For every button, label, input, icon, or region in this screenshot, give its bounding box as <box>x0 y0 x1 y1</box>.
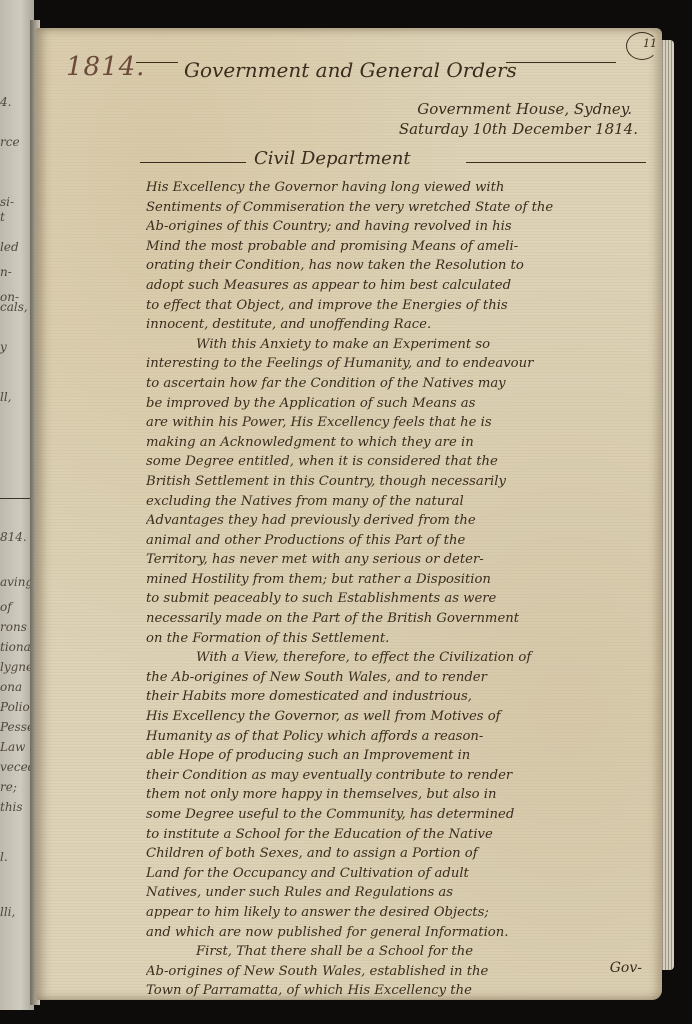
facing-left-page: 4.rcesi-tledn-on-cals,yll,814.avingofron… <box>0 0 34 1010</box>
left-page-fragment: Polio; <box>0 700 34 714</box>
section-rule-left <box>140 162 246 163</box>
text-line: be improved by the Application of such M… <box>146 394 656 414</box>
text-line: appear to him likely to answer the desir… <box>146 903 656 923</box>
text-line: Sentiments of Commiseration the very wre… <box>146 198 656 218</box>
left-page-fragment: rons <box>0 620 27 634</box>
text-line: Children of both Sexes, and to assign a … <box>146 844 656 864</box>
place-line: Government House, Sydney. <box>417 100 632 118</box>
text-line: Ab-origines of New South Wales, establis… <box>146 962 656 982</box>
text-line: are within his Power, His Excellency fee… <box>146 413 656 433</box>
left-page-fragment: led <box>0 240 19 254</box>
left-page-fragment: si- <box>0 195 14 209</box>
left-page-fragment: lli, <box>0 905 15 919</box>
text-line: able Hope of producing such an Improveme… <box>146 746 656 766</box>
text-line: excluding the Natives from many of the n… <box>146 492 656 512</box>
section-rule-right <box>466 162 646 163</box>
manuscript-page: 1814. Government and General Orders 11 G… <box>36 28 662 1000</box>
text-line: With a View, therefore, to effect the Ci… <box>146 648 656 668</box>
text-line: Mind the most probable and promising Mea… <box>146 237 656 257</box>
text-line: to submit peaceably to such Establishmen… <box>146 589 656 609</box>
text-line: necessarily made on the Part of the Brit… <box>146 609 656 629</box>
title-rule-right <box>506 62 616 63</box>
text-line: Town of Parramatta, of which His Excelle… <box>146 981 656 1001</box>
left-page-fragment: aving <box>0 575 33 589</box>
text-line: on the Formation of this Settlement. <box>146 629 656 649</box>
left-page-fragment: of <box>0 600 12 614</box>
title-rule-left <box>136 62 178 63</box>
text-line: them not only more happy in themselves, … <box>146 785 656 805</box>
page-title: Government and General Orders <box>184 58 517 82</box>
text-line: Advantages they had previously derived f… <box>146 511 656 531</box>
left-page-fragment: cals, <box>0 300 28 314</box>
text-line: to institute a School for the Education … <box>146 825 656 845</box>
text-line: mined Hostility from them; but rather a … <box>146 570 656 590</box>
left-page-fragment: tionaly <box>0 640 34 654</box>
page-number: 11 <box>626 32 658 60</box>
text-line: Ab-origines of this Country; and having … <box>146 217 656 237</box>
catchword: Gov- <box>610 960 642 976</box>
left-page-fragment: ll, <box>0 390 12 404</box>
text-line: With this Anxiety to make an Experiment … <box>146 335 656 355</box>
text-line: to effect that Object, and improve the E… <box>146 296 656 316</box>
left-page-fragment: 4. <box>0 95 11 109</box>
text-line: British Settlement in this Country, thou… <box>146 472 656 492</box>
left-page-fragment: this <box>0 800 23 814</box>
left-page-fragment: rce <box>0 135 20 149</box>
section-title: Civil Department <box>254 148 411 169</box>
text-line: to ascertain how far the Condition of th… <box>146 374 656 394</box>
left-page-fragment: re; <box>0 780 17 794</box>
left-page-fragment: veced <box>0 760 34 774</box>
text-line: innocent, destitute, and unoffending Rac… <box>146 315 656 335</box>
left-page-fragment: 814. <box>0 530 27 544</box>
text-line: the Ab-origines of New South Wales, and … <box>146 668 656 688</box>
date-line: Saturday 10th December 1814. <box>399 120 638 138</box>
text-line: His Excellency the Governor, as well fro… <box>146 707 656 727</box>
text-line: orating their Condition, has now taken t… <box>146 256 656 276</box>
text-line: some Degree entitled, when it is conside… <box>146 452 656 472</box>
text-line: Humanity as of that Policy which affords… <box>146 727 656 747</box>
left-page-fragment: t <box>0 210 5 224</box>
text-line: making an Acknowledgment to which they a… <box>146 433 656 453</box>
left-page-fragment: ona <box>0 680 22 694</box>
left-page-fragment: l. <box>0 850 8 864</box>
left-page-fragment: lygnes, <box>0 660 34 674</box>
year-heading: 1814. <box>66 52 145 82</box>
left-page-fragment: Pessens <box>0 720 34 734</box>
text-line: Land for the Occupancy and Cultivation o… <box>146 864 656 884</box>
text-line: interesting to the Feelings of Humanity,… <box>146 354 656 374</box>
order-text: His Excellency the Governor having long … <box>146 178 656 1001</box>
left-page-fragment: Law <box>0 740 25 754</box>
text-line: Territory, has never met with any seriou… <box>146 550 656 570</box>
left-page-fragment: y <box>0 340 7 354</box>
text-line: His Excellency the Governor having long … <box>146 178 656 198</box>
text-line: their Habits more domesticated and indus… <box>146 687 656 707</box>
left-page-rule <box>0 498 34 499</box>
text-line: some Degree useful to the Community, has… <box>146 805 656 825</box>
text-line: Natives, under such Rules and Regulation… <box>146 883 656 903</box>
page-edges <box>660 40 674 970</box>
text-line: First, That there shall be a School for … <box>146 942 656 962</box>
text-line: and which are now published for general … <box>146 923 656 943</box>
text-line: adopt such Measures as appear to him bes… <box>146 276 656 296</box>
text-line: their Condition as may eventually contri… <box>146 766 656 786</box>
text-line: animal and other Productions of this Par… <box>146 531 656 551</box>
left-page-fragment: n- <box>0 265 12 279</box>
